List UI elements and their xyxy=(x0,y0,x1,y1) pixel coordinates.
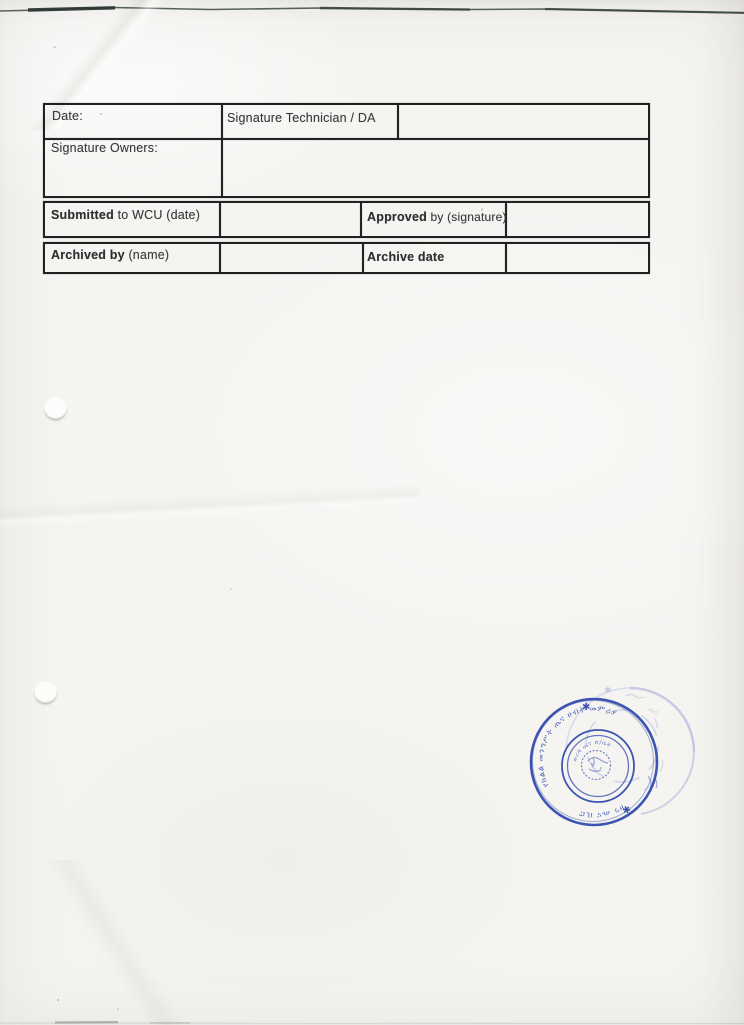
scan-speck xyxy=(53,46,56,48)
approved-label-rest: by (signature) xyxy=(427,210,507,224)
archived-label: Archived by (name) xyxy=(51,248,169,262)
stamp-star-top: ✱ xyxy=(582,702,590,713)
scan-speck xyxy=(230,588,232,590)
archive-date-label-text: Archive date xyxy=(367,250,444,264)
column-divider xyxy=(221,105,223,196)
stamp-outer-ring-echo xyxy=(533,701,654,822)
date-label: Date: xyxy=(52,109,83,123)
stamp-ghost-inner-ring xyxy=(586,710,658,782)
date-label-text: Date: xyxy=(52,109,83,123)
row-divider xyxy=(45,138,648,140)
svg-text:ወረዳ ጤና ጽ/ቤት: ወረዳ ጤና ጽ/ቤት xyxy=(571,739,612,763)
technician-label: Signature Technician / DA xyxy=(227,111,376,125)
stamp-ghost-impression: ✱ ጤና xyxy=(566,686,694,814)
scan-bottom-edge xyxy=(0,1014,744,1025)
stamp-inner-ring-2 xyxy=(568,736,629,797)
column-divider xyxy=(505,244,507,272)
column-divider xyxy=(362,244,364,272)
approved-label: Approved by (signature) xyxy=(367,210,507,224)
stamp-star-bottom: ✱ xyxy=(619,804,632,818)
svg-text:የክልል መንግሥት ጤና ሀብት መምሪያ: የክልል መንግሥት ጤና ሀብት መምሪያ xyxy=(536,704,619,789)
column-divider xyxy=(360,203,362,236)
stamp-outer-text-top: የክልል መንግሥት ጤና ሀብት መምሪያ xyxy=(536,704,619,789)
stamp-main-impression xyxy=(531,699,657,825)
stamp-ghost-text-fragment: ጤና xyxy=(647,705,660,717)
owners-label-text: Signature Owners: xyxy=(51,141,158,155)
punch-hole-bottom xyxy=(34,681,57,703)
submitted-label-rest: to WCU (date) xyxy=(114,208,200,222)
stamp-text-group: የክልል መንግሥት ጤና ሀብት መምሪያ ዞን ጤና ቢሮ ወረዳ ጤና ጽ… xyxy=(536,702,633,820)
technician-label-text: Signature Technician / DA xyxy=(227,111,376,125)
owners-label: Signature Owners: xyxy=(51,141,158,155)
paper-crease-middle xyxy=(0,470,420,540)
rubber-stamp: ✱ ጤና የክልል መንግሥ xyxy=(502,664,702,844)
submitted-label-bold: Submitted xyxy=(51,208,114,222)
scan-speck xyxy=(117,1008,119,1010)
svg-text:ዞን ጤና ቢሮ: ዞን ጤና ቢሮ xyxy=(578,803,626,820)
column-divider xyxy=(397,105,399,138)
stamp-emblem-marks xyxy=(588,757,608,771)
scan-speck xyxy=(100,113,102,115)
column-divider xyxy=(219,244,221,272)
stamp-emblem-ring xyxy=(582,751,611,780)
scanned-page: Date: Signature Technician / DA Signatur… xyxy=(0,0,744,1025)
archived-label-rest: (name) xyxy=(125,248,169,262)
stamp-ghost-star: ✱ xyxy=(604,686,612,696)
paper-shading-right xyxy=(698,0,744,1025)
punch-hole-top xyxy=(44,397,67,419)
stamp-smudge-marks xyxy=(648,776,657,790)
scan-top-edge xyxy=(0,0,744,18)
approved-label-bold: Approved xyxy=(367,210,427,224)
scan-speck xyxy=(57,999,59,1001)
column-divider xyxy=(219,203,221,236)
submitted-label: Submitted to WCU (date) xyxy=(51,208,200,222)
archive-date-label: Archive date xyxy=(367,250,444,264)
stamp-outer-text-bottom: ዞን ጤና ቢሮ xyxy=(578,803,626,820)
stamp-inner-text: ወረዳ ጤና ጽ/ቤት xyxy=(571,739,612,763)
stamp-inner-ring xyxy=(562,730,634,802)
stamp-outer-ring xyxy=(531,699,657,825)
archived-label-bold: Archived by xyxy=(51,248,125,262)
scan-speck xyxy=(481,208,483,211)
paper-crease-bottom-left xyxy=(0,860,230,1025)
